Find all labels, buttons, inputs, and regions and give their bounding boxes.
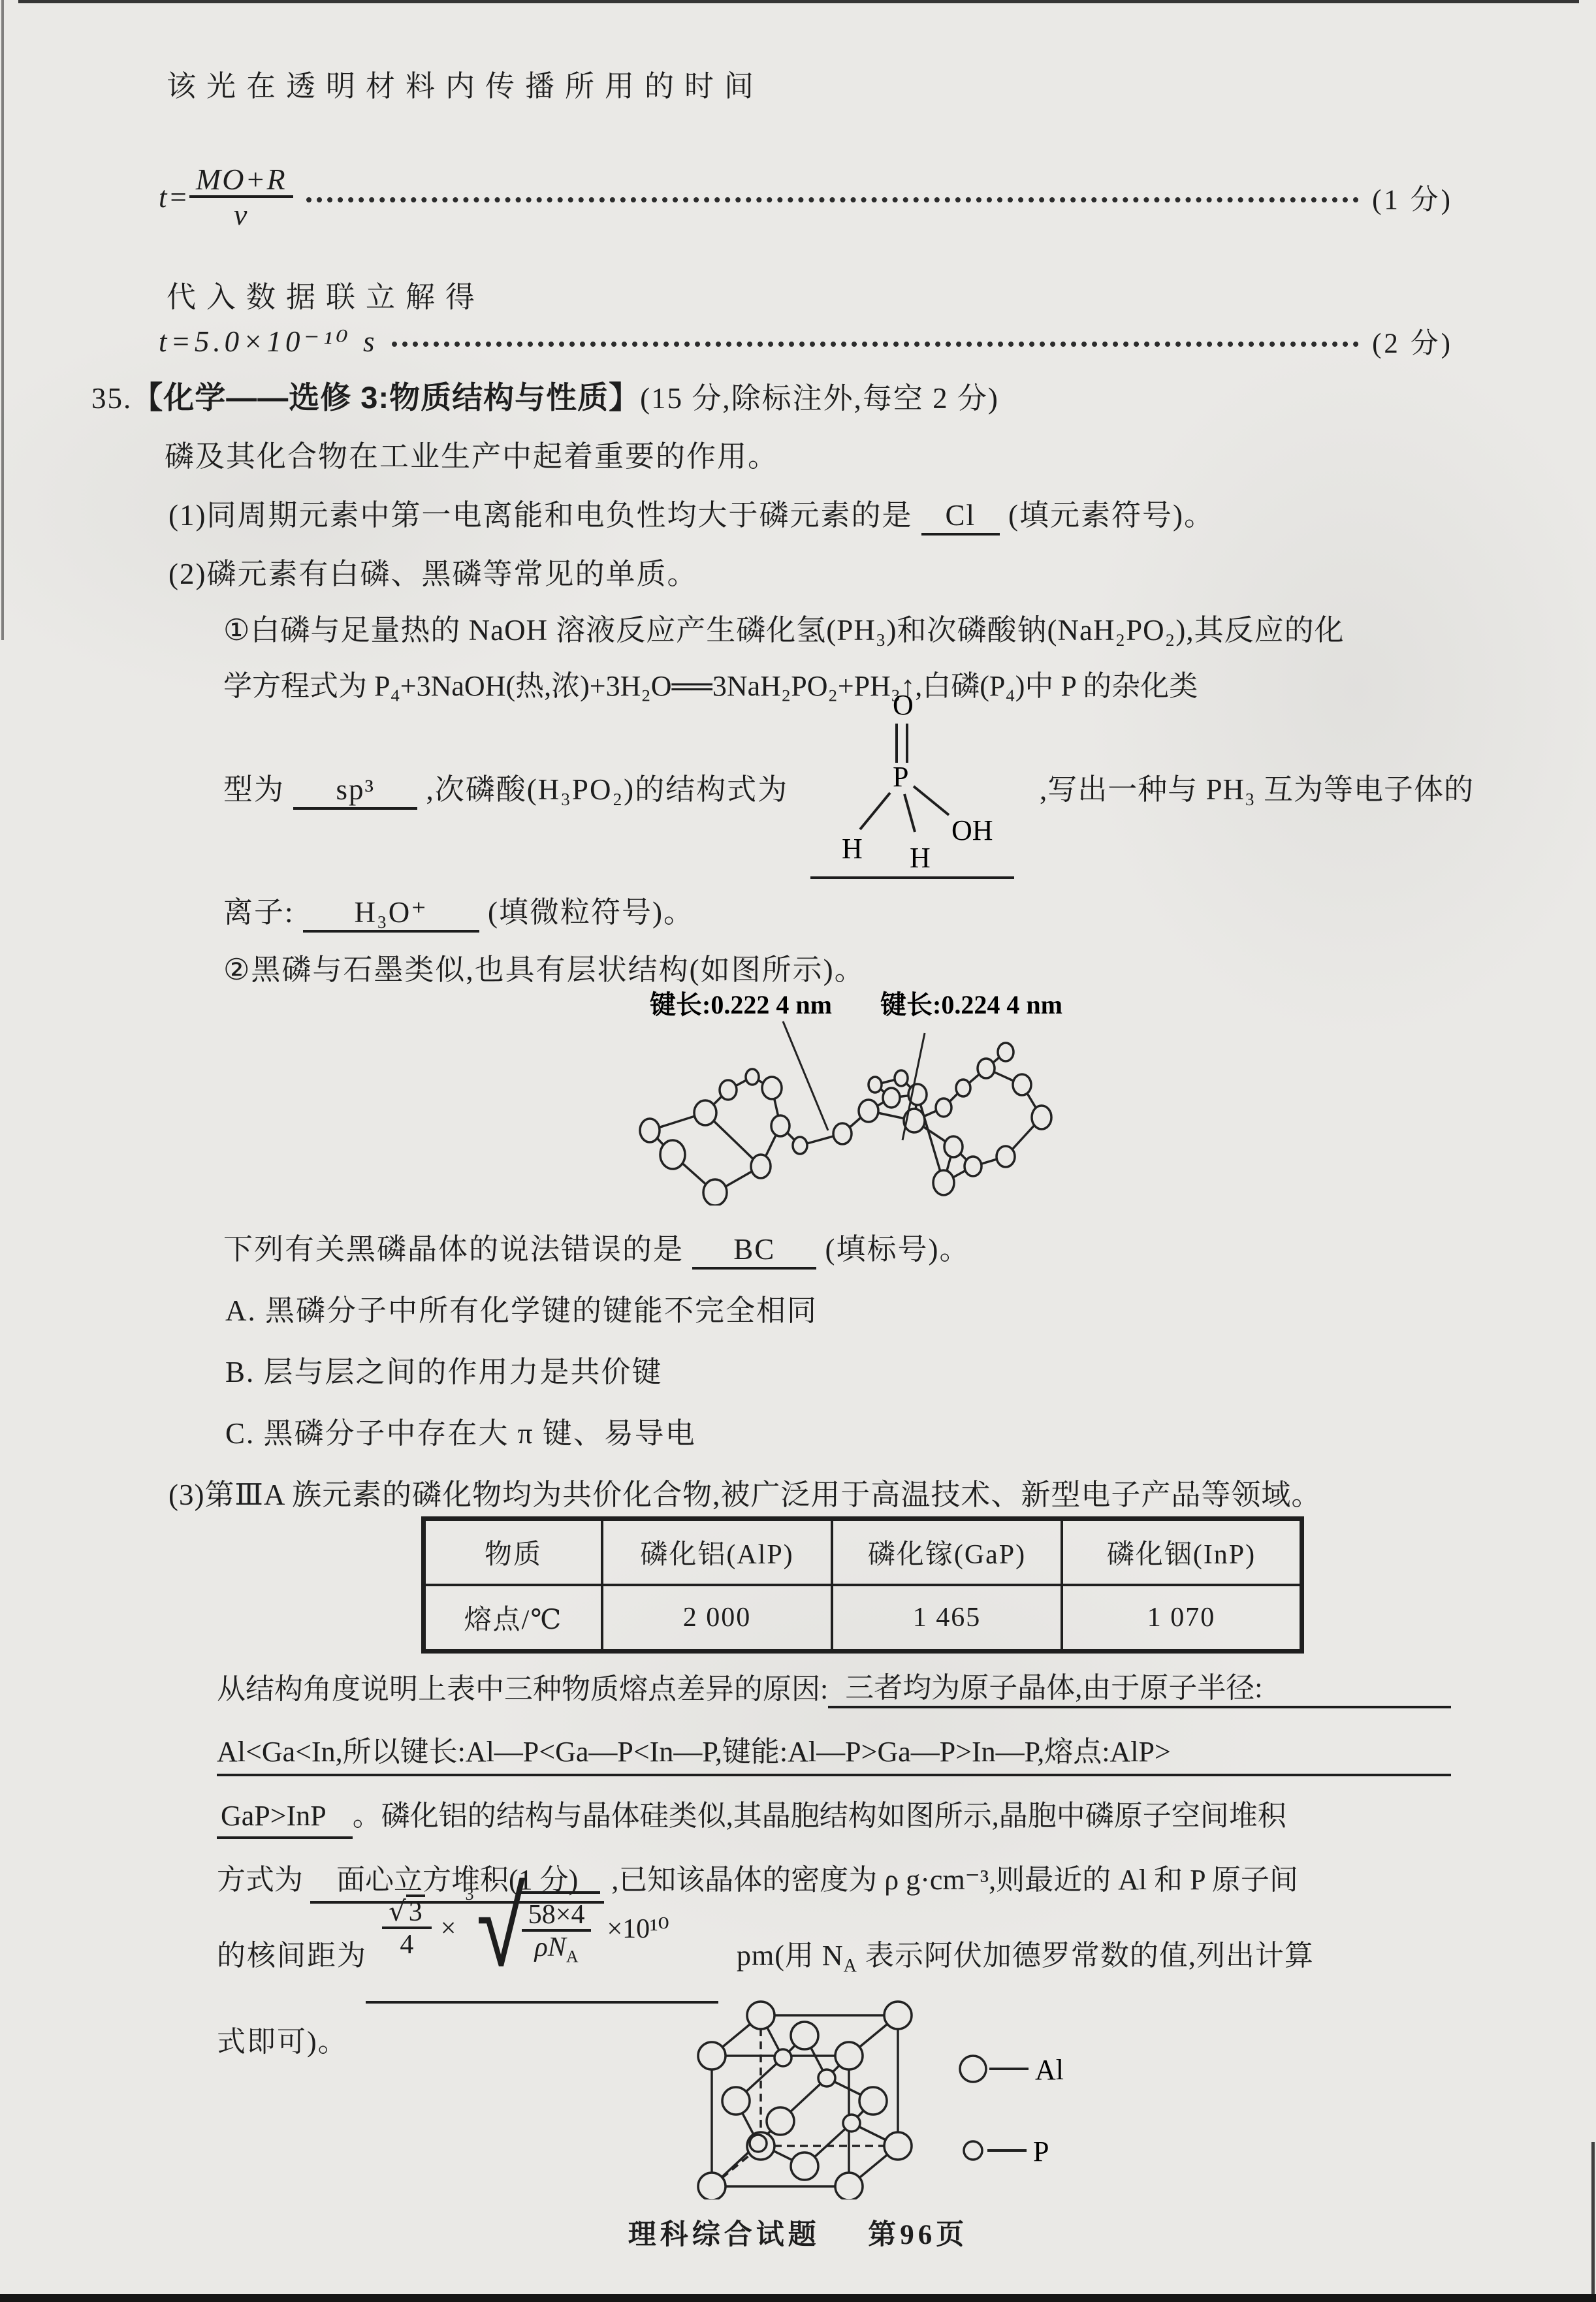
root-den-sub-A: A (566, 1947, 579, 1966)
explain-answer-2: Al<Ga<In,所以键长:Al—P<Ga—P<In—P,键能:Al—P>Ga—… (217, 1728, 1451, 1776)
avogadro-sub: A (844, 1956, 857, 1976)
hybridization-line: 型为 sp³ ,次磷酸(H₃PO₂)的结构式为 (223, 765, 788, 810)
q35-part2-lead: (2)磷元素有白磷、黑磷等常见的单质。 (168, 550, 697, 592)
root-fraction: 58×4 ρNA (522, 1900, 592, 1966)
packing-post: ,已知该晶体的密度为 ρ g·cm⁻³,则最近的 Al 和 P 原子间 (611, 1864, 1298, 1896)
sqrt-value: 3 (406, 1894, 425, 1927)
score-2: (2 分) (1372, 321, 1453, 361)
bp-answer-blank: BC (692, 1233, 816, 1270)
explain-tail: 式即可)。 (217, 2018, 348, 2060)
option-A: A. 黑磷分子中所有化学键的键能不完全相同 (225, 1287, 818, 1329)
ion-answer-blank: H₃O⁺ (303, 896, 479, 933)
fraction-denominator: v (189, 195, 293, 231)
cube-root-index: 3 (465, 1885, 473, 1904)
table-value-inp: 1 070 (1062, 1585, 1301, 1650)
sqrt-denominator: 4 (382, 1926, 432, 1959)
explain-line-1: 从结构角度说明上表中三种物质熔点差异的原因: 三者均为原子晶体,由于原子半径: (217, 1664, 1451, 1708)
dist-post-2: 表示阿伏加德罗常数的值,列出计算 (857, 1940, 1314, 1972)
radical-sign: √ (477, 1894, 526, 1962)
footer-page-number: 第96页 (868, 2220, 968, 2250)
part2-sub1-line2: 学方程式为 P₄+3NaOH(热,浓)+3H₂O══3NaH₂PO₂+PH₃↑,… (223, 662, 1198, 704)
physics-formula-2: t=5.0×10⁻¹⁰ s (2 分) (159, 321, 1453, 361)
scan-edge-left (1, 0, 4, 640)
table-value-gap: 1 465 (832, 1585, 1062, 1650)
physics-line-1: 该光在透明材料内传播所用的时间 (167, 62, 764, 104)
dist-post-1: pm(用 N (737, 1940, 844, 1972)
part2-sub1-line1: ①白磷与足量热的 NaOH 溶液反应产生磷化氢(PH₃)和次磷酸钠(NaH₂PO… (223, 606, 1345, 648)
distance-pre: 的核间距为 (217, 1932, 367, 1974)
atom-H2-label: H (910, 842, 931, 874)
bond-length-leader-1 (783, 1021, 828, 1130)
physics-formula-1: t= MO+R v (1 分) (159, 158, 1453, 236)
part1-answer-blank: Cl (921, 499, 1000, 536)
q35-title-line: 35.【化学——选修 3:物质结构与性质】(15 分,除标注外,每空 2 分) (91, 374, 999, 417)
formula-t-equals: t= (159, 180, 189, 214)
table-header-alp: 磷化铝(AlP) (602, 1520, 832, 1585)
hyb-post-line: ,写出一种与 PH₃ 互为等电子体的 (1040, 765, 1474, 808)
formula-fraction: MO+R v (189, 164, 293, 231)
ion-pre: 离子: (223, 896, 295, 929)
distance-formula: √3 4 × 3 √ 58×4 ρNA ×10¹⁰ (382, 1891, 669, 1966)
bond-length-label-2: 键长:0.224 4 nm (880, 990, 1062, 1019)
explain-answer-3: GaP>InP (217, 1799, 353, 1839)
q35-intro: 磷及其化合物在工业生产中起着重要的作用。 (165, 432, 778, 475)
table-row-label: 熔点/℃ (424, 1585, 602, 1650)
part1-post: (填元素符号)。 (1008, 499, 1215, 532)
times-sign-1: × (441, 1913, 456, 1944)
option-C: C. 黑磷分子中存在大 π 键、易导电 (225, 1409, 696, 1452)
cube-root: 3 √ 58×4 ρNA (465, 1891, 600, 1966)
alp-unit-cell-diagram: Al P (653, 1997, 1110, 2199)
atom-H1-label: H (842, 833, 863, 865)
h3po2-structure-diagram: O P H H OH (787, 683, 1035, 883)
atom-P-label: P (893, 761, 908, 793)
bp-q-post: (填标号)。 (825, 1233, 970, 1266)
fraction-numerator: MO+R (189, 164, 293, 195)
part1-text: (1)同周期元素中第一电离能和电负性均大于磷元素的是 (168, 499, 912, 532)
bond-length-label-1: 键长:0.222 4 nm (650, 990, 832, 1019)
scan-edge-top (18, 0, 1579, 3)
hyb-pre: 型为 (223, 773, 285, 806)
black-phosphorus-diagram: 键长:0.222 4 nm 键长:0.224 4 nm (588, 983, 1084, 1206)
q35-title: 【化学——选修 3:物质结构与性质】 (132, 380, 640, 415)
ion-post: (填微粒符号)。 (488, 896, 694, 929)
dotted-leader (306, 197, 1360, 202)
hyb-mid: ,次磷酸(H₃PO₂)的结构式为 (426, 773, 789, 806)
hyb-answer-blank: sp³ (293, 773, 417, 810)
legend-p-icon (964, 2141, 982, 2160)
melting-point-table: 物质 磷化铝(AlP) 磷化镓(GaP) 磷化铟(InP) 熔点/℃ 2 000… (421, 1516, 1304, 1654)
explain-answer-1: 三者均为原子晶体,由于原子半径: (828, 1664, 1451, 1708)
q35-part1: (1)同周期元素中第一电离能和电负性均大于磷元素的是 Cl (填元素符号)。 (168, 491, 1215, 536)
legend-p-label: P (1033, 2135, 1049, 2167)
physics-line-2: 代入数据联立解得 (167, 273, 485, 315)
score-1: (1 分) (1372, 178, 1453, 217)
sqrt-symbol: √ (389, 1895, 406, 1927)
legend-al-label: Al (1035, 2054, 1064, 2086)
ion-line: 离子: H₃O⁺ (填微粒符号)。 (223, 888, 694, 933)
explain-line-3: GaP>InP。磷化铝的结构与晶体硅类似,其晶胞结构如图所示,晶胞中磷原子空间堆… (217, 1792, 1451, 1839)
option-B: B. 层与层之间的作用力是共价键 (225, 1348, 663, 1390)
black-phos-question: 下列有关黑磷晶体的说法错误的是 BC (填标号)。 (223, 1225, 970, 1270)
root-den-rho-N: ρN (535, 1932, 566, 1962)
power-factor: ×10¹⁰ (607, 1912, 669, 1945)
exam-page: 该光在透明材料内传播所用的时间 t= MO+R v (1 分) 代入数据联立解得… (0, 0, 1596, 2302)
page-footer: 理科综合试题 第96页 (0, 2213, 1596, 2252)
q35-note: (15 分,除标注外,每空 2 分) (640, 382, 999, 415)
scan-edge-bottom (0, 2294, 1596, 2302)
table-header-inp: 磷化铟(InP) (1062, 1520, 1301, 1585)
sqrt3-over-4: √3 4 (382, 1897, 432, 1959)
explain-prefix: 从结构角度说明上表中三种物质熔点差异的原因: (217, 1665, 828, 1707)
packing-pre: 方式为 (217, 1864, 303, 1896)
table-value-alp: 2 000 (602, 1585, 832, 1650)
distance-post: pm(用 NA 表示阿伏加德罗常数的值,列出计算 (737, 1932, 1314, 1977)
explain-line-2: Al<Ga<In,所以键长:Al—P<Ga—P<In—P,键能:Al—P>Ga—… (217, 1728, 1451, 1776)
legend-al-icon (960, 2056, 986, 2082)
table-header-gap: 磷化镓(GaP) (832, 1520, 1062, 1585)
explain-continuation: 。磷化铝的结构与晶体硅类似,其晶胞结构如图所示,晶胞中磷原子空间堆积 (353, 1800, 1286, 1832)
q35-part3-lead: (3)第ⅢA 族元素的磷化物均为共价化合物,被广泛用于高温技术、新型电子产品等领… (168, 1471, 1321, 1513)
bp-q-pre: 下列有关黑磷晶体的说法错误的是 (223, 1233, 684, 1266)
table-header-substance: 物质 (424, 1520, 602, 1585)
atom-OH-label: OH (951, 814, 993, 846)
part2-sub2-line: ②黑磷与石墨类似,也具有层状结构(如图所示)。 (223, 946, 865, 988)
q35-number: 35. (91, 382, 132, 415)
footer-title: 理科综合试题 (628, 2220, 820, 2250)
atom-O-label: O (893, 689, 914, 721)
root-numerator: 58×4 (522, 1900, 592, 1929)
dotted-leader-2 (392, 342, 1360, 347)
formula-result: t=5.0×10⁻¹⁰ s (159, 324, 379, 359)
